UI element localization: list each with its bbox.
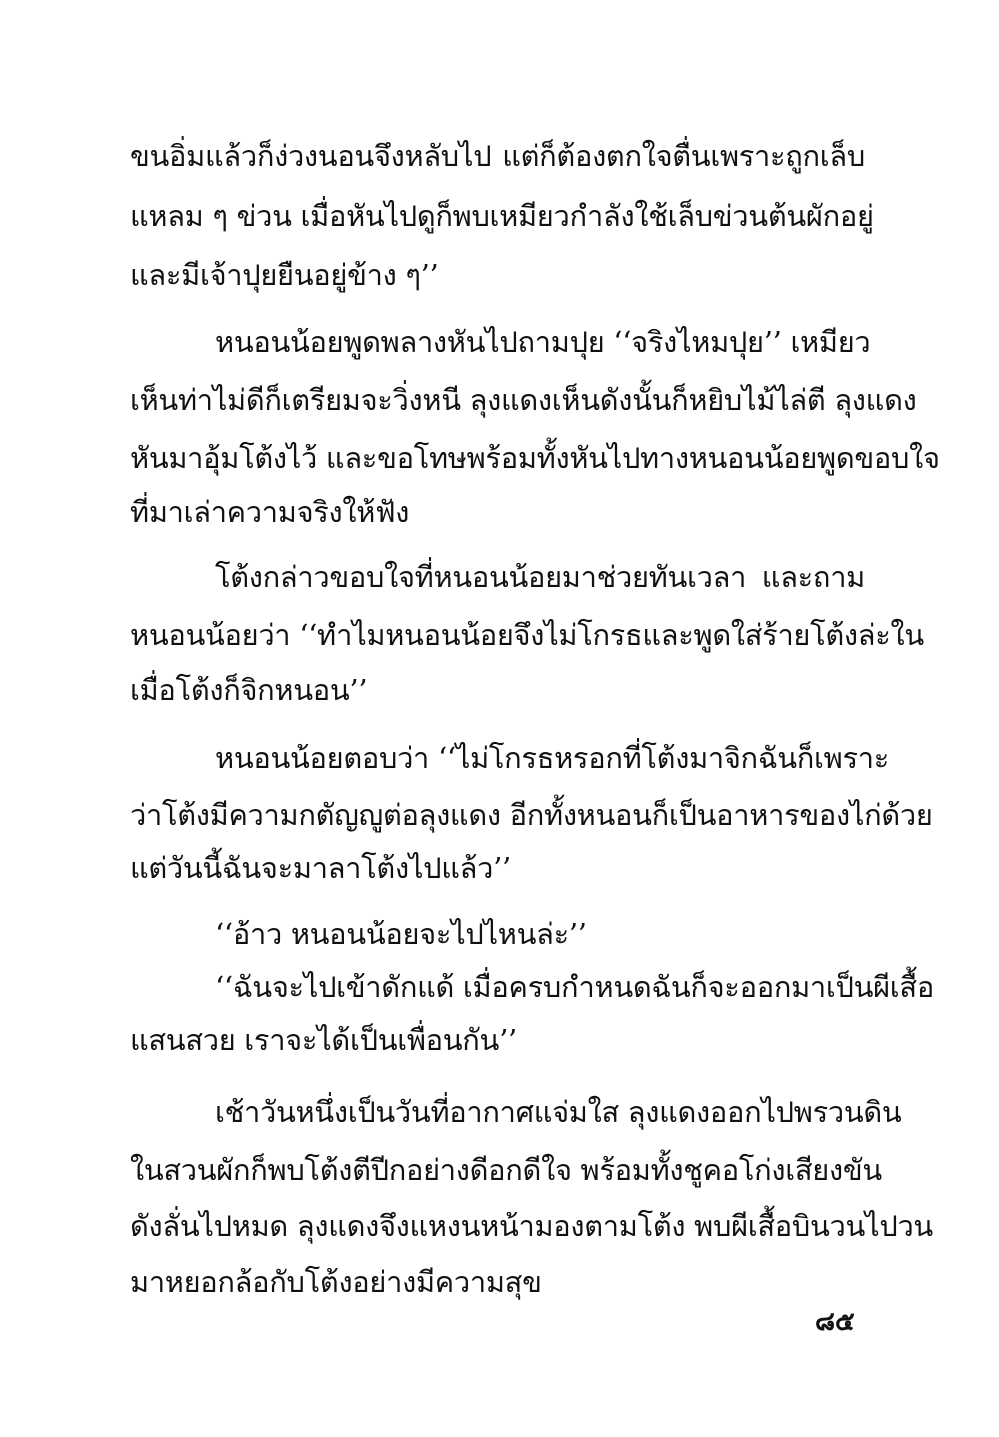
text-line: แหลม ๆ ข่วน เมื่อหันไปดูก็พบเหมียวกำลังใ…: [130, 196, 865, 236]
text-line: โต้งกล่าวขอบใจที่หนอนน้อยมาช่วยทันเวลา แ…: [215, 557, 865, 597]
text-line: ‘‘ฉันจะไปเข้าดักแด้ เมื่อครบกำหนดฉันก็จะ…: [215, 967, 865, 1007]
text-line: และมีเจ้าปุยยืนอยู่ข้าง ๆ’’: [130, 255, 865, 295]
text-line: แสนสวย เราจะได้เป็นเพื่อนกัน’’: [130, 1020, 865, 1060]
document-page: ขนอิ่มแล้วก็ง่วงนอนจึงหลับไป แต่ก็ต้องตก…: [0, 0, 999, 1437]
text-line: ขนอิ่มแล้วก็ง่วงนอนจึงหลับไป แต่ก็ต้องตก…: [130, 136, 865, 176]
text-line: หนอนน้อยตอบว่า ‘‘ไม่โกรธหรอกที่โต้งมาจิก…: [215, 738, 865, 778]
text-line: เช้าวันหนึ่งเป็นวันที่อากาศแจ่มใส ลุงแดง…: [215, 1092, 865, 1132]
text-line: ‘‘อ้าว หนอนน้อยจะไปไหนล่ะ’’: [215, 914, 865, 954]
text-line: ที่มาเล่าความจริงให้ฟัง: [130, 492, 865, 532]
text-line: มาหยอกล้อกับโต้งอย่างมีความสุข: [130, 1262, 865, 1302]
text-line: ดังลั่นไปหมด ลุงแดงจึงแหงนหน้ามองตามโต้ง…: [130, 1206, 865, 1246]
text-line: แต่วันนี้ฉันจะมาลาโต้งไปแล้ว’’: [130, 848, 865, 888]
text-line: หันมาอุ้มโต้งไว้ และขอโทษพร้อมทั้งหันไปท…: [130, 438, 865, 478]
text-line: หนอนน้อยพูดพลางหันไปถามปุย ‘‘จริงไหมปุย’…: [215, 322, 865, 362]
text-line: เห็นท่าไม่ดีก็เตรียมจะวิ่งหนี ลุงแดงเห็น…: [130, 380, 865, 420]
text-line: ว่าโต้งมีความกตัญญูต่อลุงแดง อีกทั้งหนอน…: [130, 795, 865, 835]
page-number: ๘๕: [815, 1304, 855, 1340]
text-line: เมื่อโต้งก็จิกหนอน’’: [130, 670, 865, 710]
text-line: หนอนน้อยว่า ‘‘ทำไมหนอนน้อยจึงไม่โกรธและพ…: [130, 615, 865, 655]
text-line: ในสวนผักก็พบโต้งตีปีกอย่างดีอกดีใจ พร้อม…: [130, 1150, 865, 1190]
